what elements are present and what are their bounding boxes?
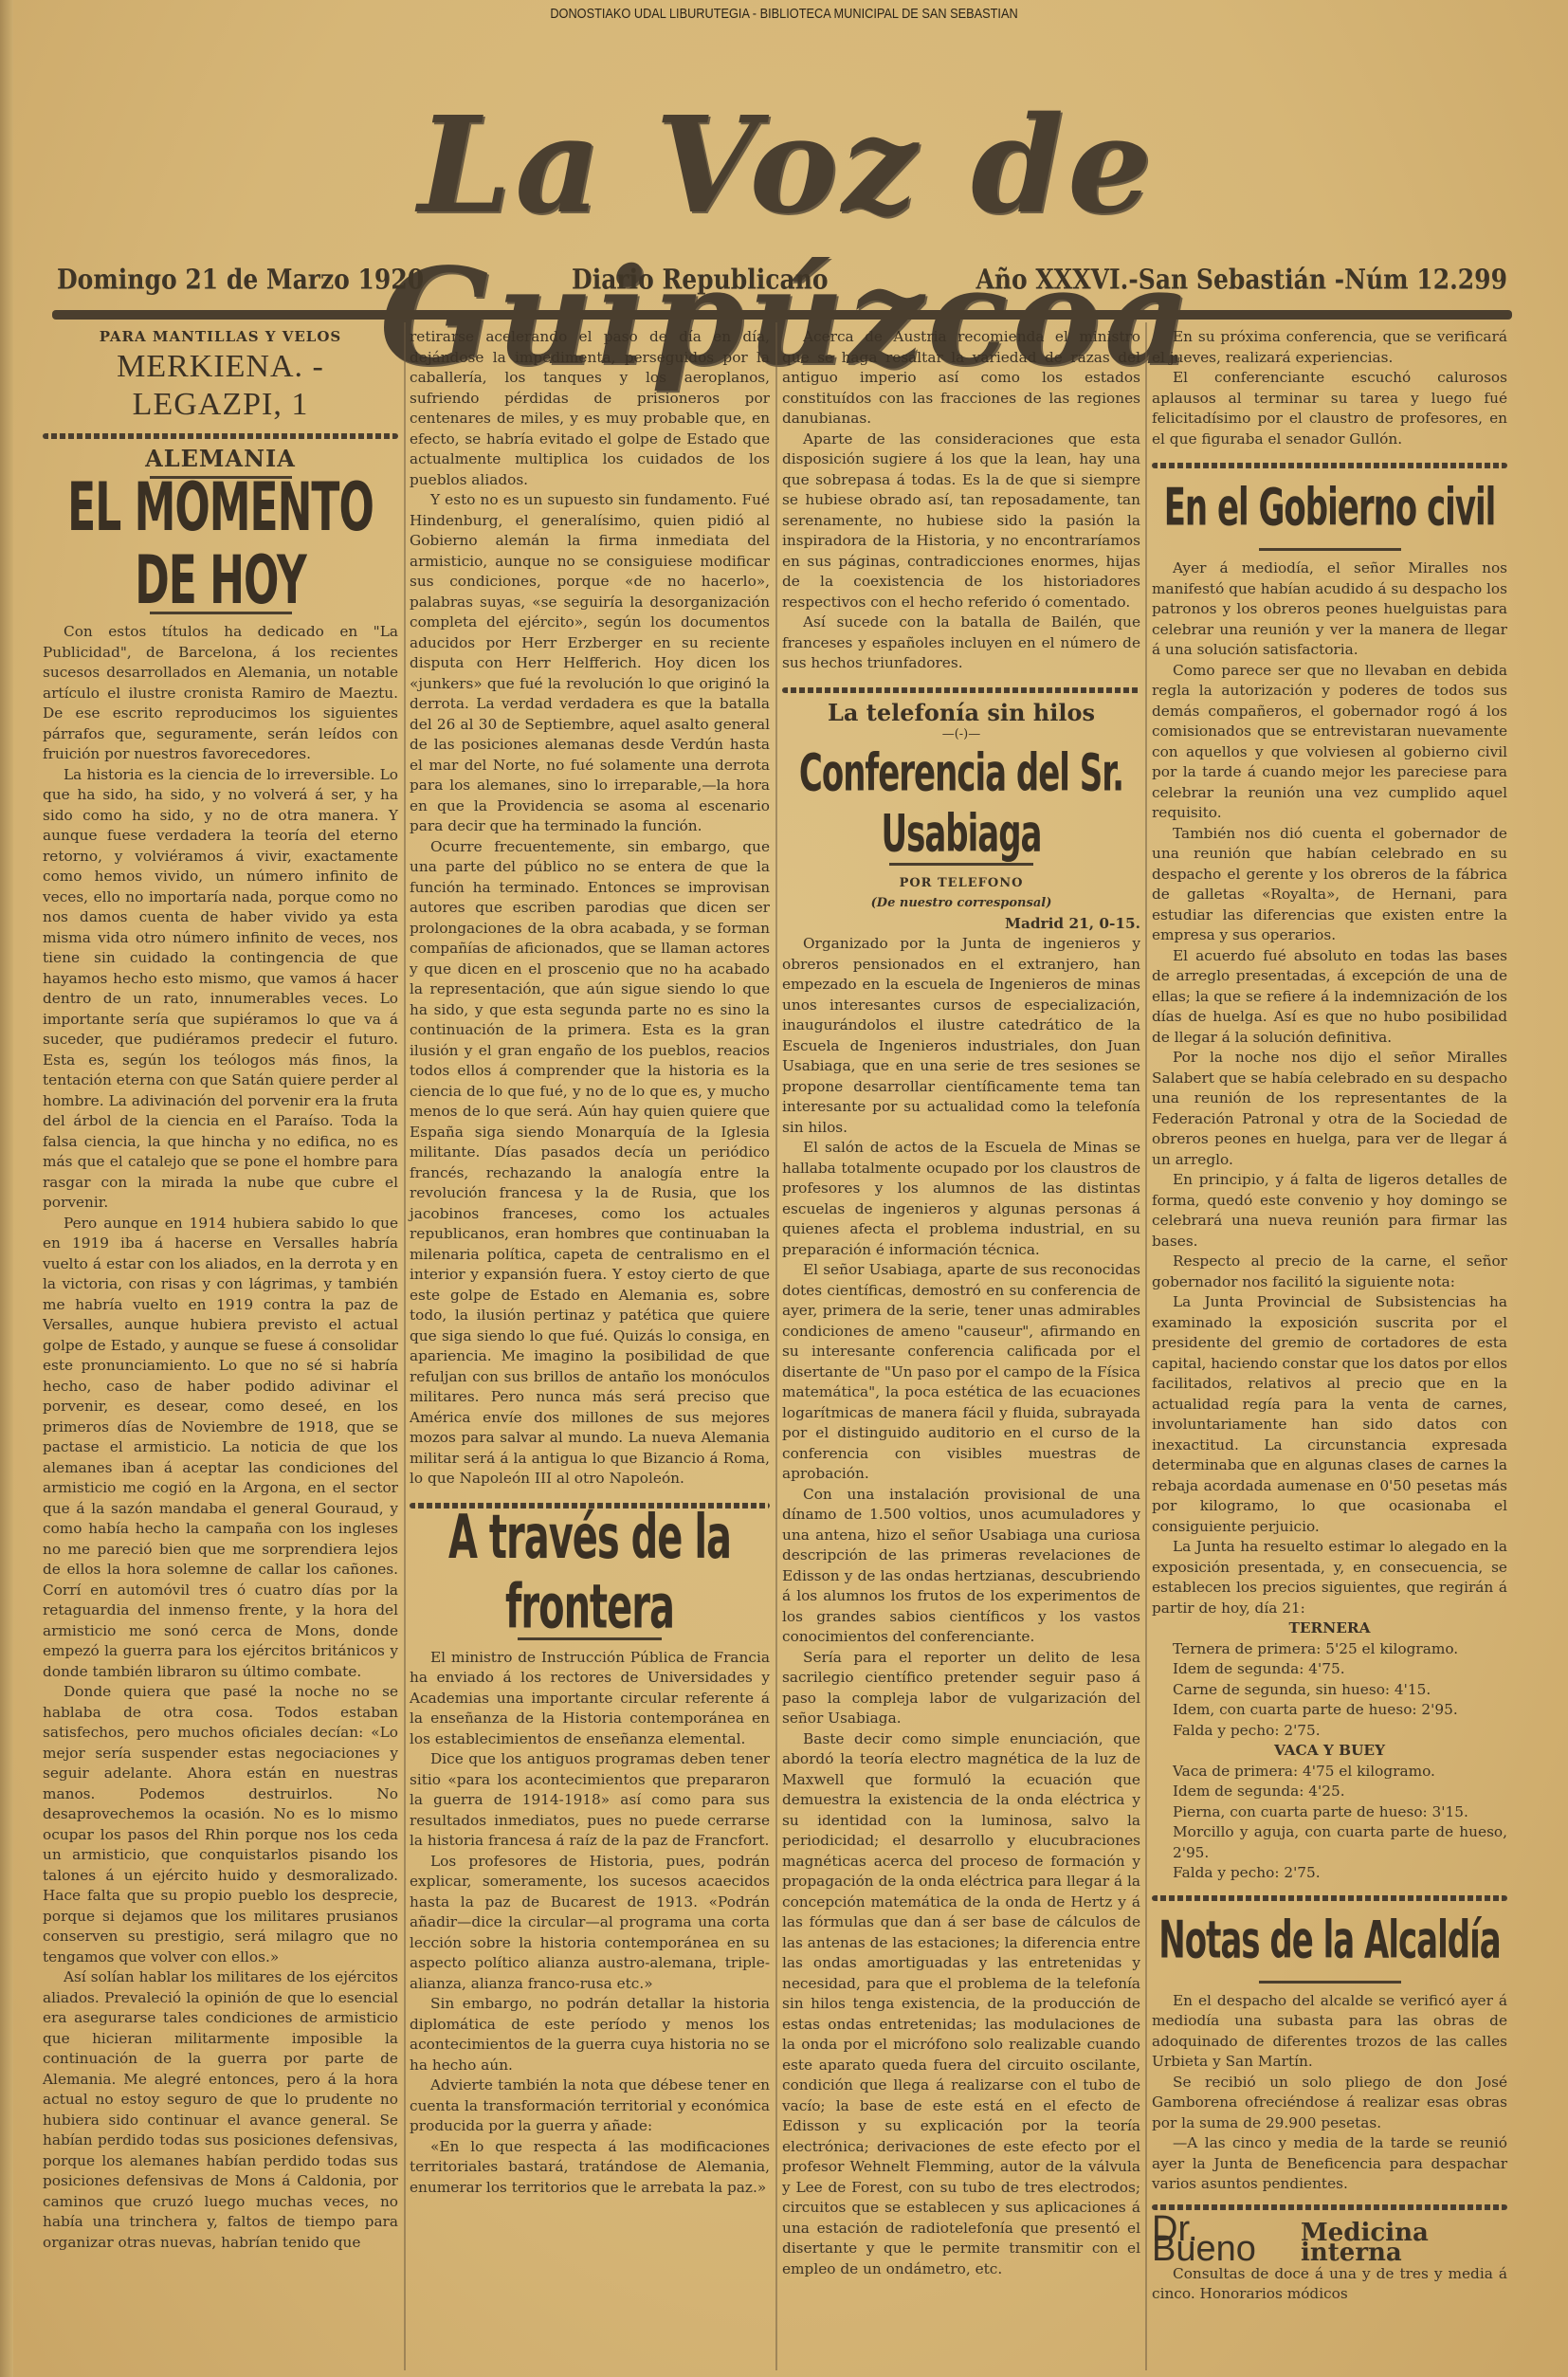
paragraph: Advierte también la nota que débese tene… <box>410 2075 770 2137</box>
price-item: Carne de segunda, sin hueso: 4'15. <box>1152 1680 1507 1701</box>
paragraph: Dice que los antiguos programas deben te… <box>410 1749 770 1852</box>
paragraph: Así sucede con la batalla de Bailén, que… <box>782 613 1140 674</box>
ad-name: Dr. Bueno <box>1152 2220 1291 2260</box>
paragraph: El salón de actos de la Escuela de Minas… <box>782 1138 1140 1260</box>
paragraph: Pero aunque en 1914 hubiera sabido lo qu… <box>43 1214 398 1683</box>
paragraph: El señor Usabiaga, aparte de sus reconoc… <box>782 1260 1140 1485</box>
paragraph: El conferenciante escuchó calurosos apla… <box>1152 368 1507 449</box>
separator: —(-)— <box>782 724 1140 745</box>
headline-frontera: A través de la frontera <box>410 1503 770 1642</box>
paragraph: El ministro de Instrucción Pública de Fr… <box>410 1648 770 1750</box>
ornamental-divider <box>1152 463 1507 468</box>
divider <box>1259 1981 1401 1984</box>
paragraph: Con estos títulos ha dedicado en "La Pub… <box>43 622 398 765</box>
price-item: Idem de segunda: 4'25. <box>1152 1782 1507 1802</box>
paragraph: Por la noche nos dijo el señor Miralles … <box>1152 1048 1507 1170</box>
column-1: PARA MANTILLAS Y VELOS MERKIENA. - LEGAZ… <box>43 327 398 2253</box>
paragraph: El acuerdo fué absoluto en todas las bas… <box>1152 946 1507 1049</box>
column-4: En su próxima conferencia, que se verifi… <box>1152 327 1507 2305</box>
dateline: Madrid 21, 0-15. <box>782 914 1140 935</box>
byline: POR TELEFONO <box>782 873 1140 894</box>
paragraph: En principio, y á falta de ligeros detal… <box>1152 1170 1507 1252</box>
ornamental-divider <box>1152 2204 1507 2210</box>
page-edge <box>0 0 13 2377</box>
headline-momento: EL MOMENTO DE HOY <box>43 472 398 618</box>
price-item: Idem de segunda: 4'75. <box>1152 1659 1507 1680</box>
price-item: Falda y pecho: 2'75. <box>1152 1863 1507 1884</box>
issue-date: Domingo 21 de Marzo 1920 <box>57 264 424 295</box>
column-2: retirarse acelerando el paso de día en d… <box>410 327 770 2198</box>
price-item: Pierna, con cuarta parte de hueso: 3'15. <box>1152 1802 1507 1823</box>
library-header: DONOSTIAKO UDAL LIBURUTEGIA - BIBLIOTECA… <box>118 6 1450 22</box>
headline-conferencia: Conferencia del Sr. Usabiaga <box>782 743 1140 865</box>
paragraph: Como parece ser que no llevaban en debid… <box>1152 661 1507 824</box>
price-item: Morcillo y aguja, con cuarta parte de hu… <box>1152 1822 1507 1863</box>
paragraph: En su próxima conferencia, que se verifi… <box>1152 327 1507 368</box>
ad-dr-bueno: Dr. Bueno Medicina interna <box>1152 2220 1507 2264</box>
ad-specialty: Medicina interna <box>1301 2223 1507 2264</box>
divider <box>1259 548 1401 551</box>
paragraph: La Junta Provincial de Subsistencias ha … <box>1152 1292 1507 1537</box>
ad-text: Consultas de doce á una y de tres y medi… <box>1152 2264 1507 2305</box>
paragraph: Con una instalación provisional de una d… <box>782 1485 1140 1648</box>
paragraph: Sin embargo, no podrán detallar la histo… <box>410 1994 770 2075</box>
newspaper-subtitle: Diario Republicano <box>572 264 829 295</box>
paragraph: En el despacho del alcalde se verificó a… <box>1152 1991 1507 2073</box>
column-divider <box>404 322 406 2370</box>
kicker-telefonia: La telefonía sin hilos <box>782 703 1140 723</box>
paragraph: Sería para el reporter un delito de lesa… <box>782 1648 1140 1729</box>
section-label: ALEMANIA <box>43 448 398 469</box>
paragraph: La Junta ha resuelto estimar lo alegado … <box>1152 1537 1507 1618</box>
ornamental-divider <box>782 687 1140 693</box>
headline-gobierno: En el Gobierno civil <box>1152 478 1507 539</box>
paragraph: Respecto al precio de la carne, el señor… <box>1152 1252 1507 1292</box>
paragraph: Baste decir como simple enunciación, que… <box>782 1729 1140 2280</box>
price-item: Idem, con cuarta parte de hueso: 2'95. <box>1152 1700 1507 1721</box>
paragraph: Ocurre frecuentemente, sin embargo, que … <box>410 837 770 1490</box>
paragraph: También nos dió cuenta el gobernador de … <box>1152 824 1507 946</box>
paragraph: Se recibió un solo pliego de don José Ga… <box>1152 2073 1507 2134</box>
ornamental-divider <box>1152 1895 1507 1901</box>
paragraph: La historia es la ciencia de lo irrevers… <box>43 765 398 1214</box>
column-3: Acerca de Austria recomienda el ministro… <box>782 327 1140 2279</box>
headline-alcaldia: Notas de la Alcaldía <box>1152 1911 1507 1971</box>
ornamental-divider <box>43 433 398 439</box>
price-item: Falda y pecho: 2'75. <box>1152 1721 1507 1742</box>
ad-merkiena: MERKIENA. - LEGAZPI, 1 <box>43 348 398 424</box>
paragraph: Aparte de las consideraciones que esta d… <box>782 430 1140 613</box>
paragraph: Así solían hablar los militares de los e… <box>43 1967 398 2253</box>
paragraph: Los profesores de Historia, pues, podrán… <box>410 1852 770 1995</box>
dateline-bar: Domingo 21 de Marzo 1920 Diario Republic… <box>57 264 1507 295</box>
price-item: Vaca de primera: 4'75 el kilogramo. <box>1152 1762 1507 1783</box>
issue-number: Año XXXVI.-San Sebastián -Núm 12.299 <box>975 264 1507 295</box>
paragraph: —A las cinco y media de la tarde se reun… <box>1152 2133 1507 2195</box>
correspondent: (De nuestro corresponsal) <box>782 893 1140 914</box>
column-divider <box>775 322 777 2370</box>
paragraph: Acerca de Austria recomienda el ministro… <box>782 327 1140 430</box>
paragraph: retirarse acelerando el paso de día en d… <box>410 327 770 490</box>
paragraph: Donde quiera que pasé la noche no se hab… <box>43 1682 398 1967</box>
paragraph: «En lo que respecta á las modificaciones… <box>410 2137 770 2199</box>
column-divider <box>1145 322 1147 2370</box>
price-category: TERNERA <box>1152 1618 1507 1639</box>
paragraph: Y esto no es un supuesto sin fundamento.… <box>410 490 770 837</box>
ad-tagline: PARA MANTILLAS Y VELOS <box>43 327 398 348</box>
paragraph: Ayer á mediodía, el señor Miralles nos m… <box>1152 558 1507 661</box>
price-item: Ternera de primera: 5'25 el kilogramo. <box>1152 1639 1507 1660</box>
price-category: VACA Y BUEY <box>1152 1741 1507 1762</box>
masthead-rule <box>52 310 1512 320</box>
paragraph: Organizado por la Junta de ingenieros y … <box>782 934 1140 1138</box>
